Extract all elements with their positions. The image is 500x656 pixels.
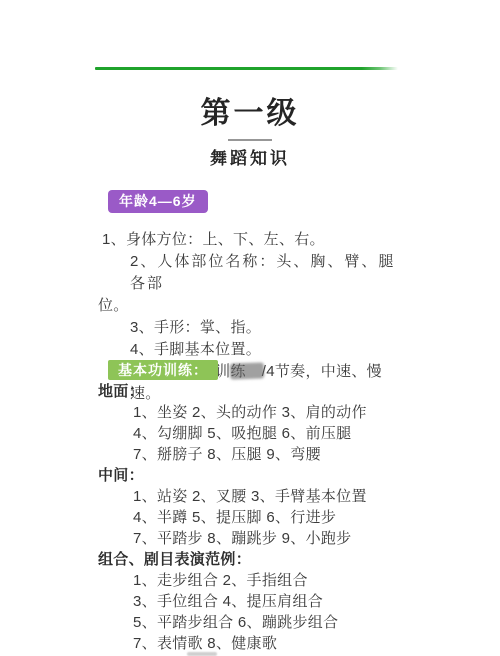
- document-page: 第一级 舞蹈知识 年龄4—6岁 1、身体方位：上、下、左、右。 2、人体部位名称…: [0, 0, 500, 656]
- training-combo-line: 7、表情歌 8、健康歌: [98, 633, 418, 654]
- title-divider: [228, 139, 272, 141]
- top-green-divider: [95, 67, 398, 70]
- training-ground-line: 7、掰膀子 8、压腿 9、弯腰: [98, 444, 418, 465]
- training-middle-line: 4、半蹲 5、提压脚 6、行进步: [98, 507, 418, 528]
- age-range-badge: 年龄4—6岁: [108, 190, 208, 213]
- section-heading-dance-knowledge: 舞蹈知识: [0, 150, 500, 167]
- knowledge-item-3: 3、手形：掌、指。: [98, 317, 410, 339]
- training-combo-line: 1、走步组合 2、手指组合: [98, 570, 418, 591]
- training-ground-line: 1、坐姿 2、头的动作 3、肩的动作: [98, 402, 418, 423]
- basic-training-badge: 基本功训练：: [108, 360, 218, 380]
- training-middle-line: 1、站姿 2、叉腰 3、手臂基本位置: [98, 486, 418, 507]
- training-middle-line: 7、平踏步 8、蹦跳步 9、小跑步: [98, 528, 418, 549]
- training-middle-label: 中间：: [98, 465, 418, 486]
- training-ground-line: 4、勾绷脚 5、吸抱腿 6、前压腿: [98, 423, 418, 444]
- knowledge-item-4: 4、手脚基本位置。: [98, 339, 410, 361]
- knowledge-item-2: 2、人体部位名称：头、胸、臂、腿各部: [98, 251, 410, 295]
- training-combo-line: 3、手位组合 4、提压肩组合: [98, 591, 418, 612]
- knowledge-item-1: 1、身体方位：上、下、左、右。: [98, 229, 410, 251]
- training-combo-label: 组合、剧目表演范例：: [98, 549, 418, 570]
- training-list: 地面： 1、坐姿 2、头的动作 3、肩的动作 4、勾绷脚 5、吸抱腿 6、前压腿…: [98, 381, 418, 654]
- training-ground-label: 地面：: [98, 381, 418, 402]
- page-title: 第一级: [0, 99, 500, 129]
- cut-off-text-fragment: [187, 652, 217, 656]
- knowledge-item-2-wrap: 位。: [98, 295, 410, 317]
- watermark-blob: [229, 362, 264, 379]
- training-combo-line: 5、平踏步组合 6、蹦跳步组合: [98, 612, 418, 633]
